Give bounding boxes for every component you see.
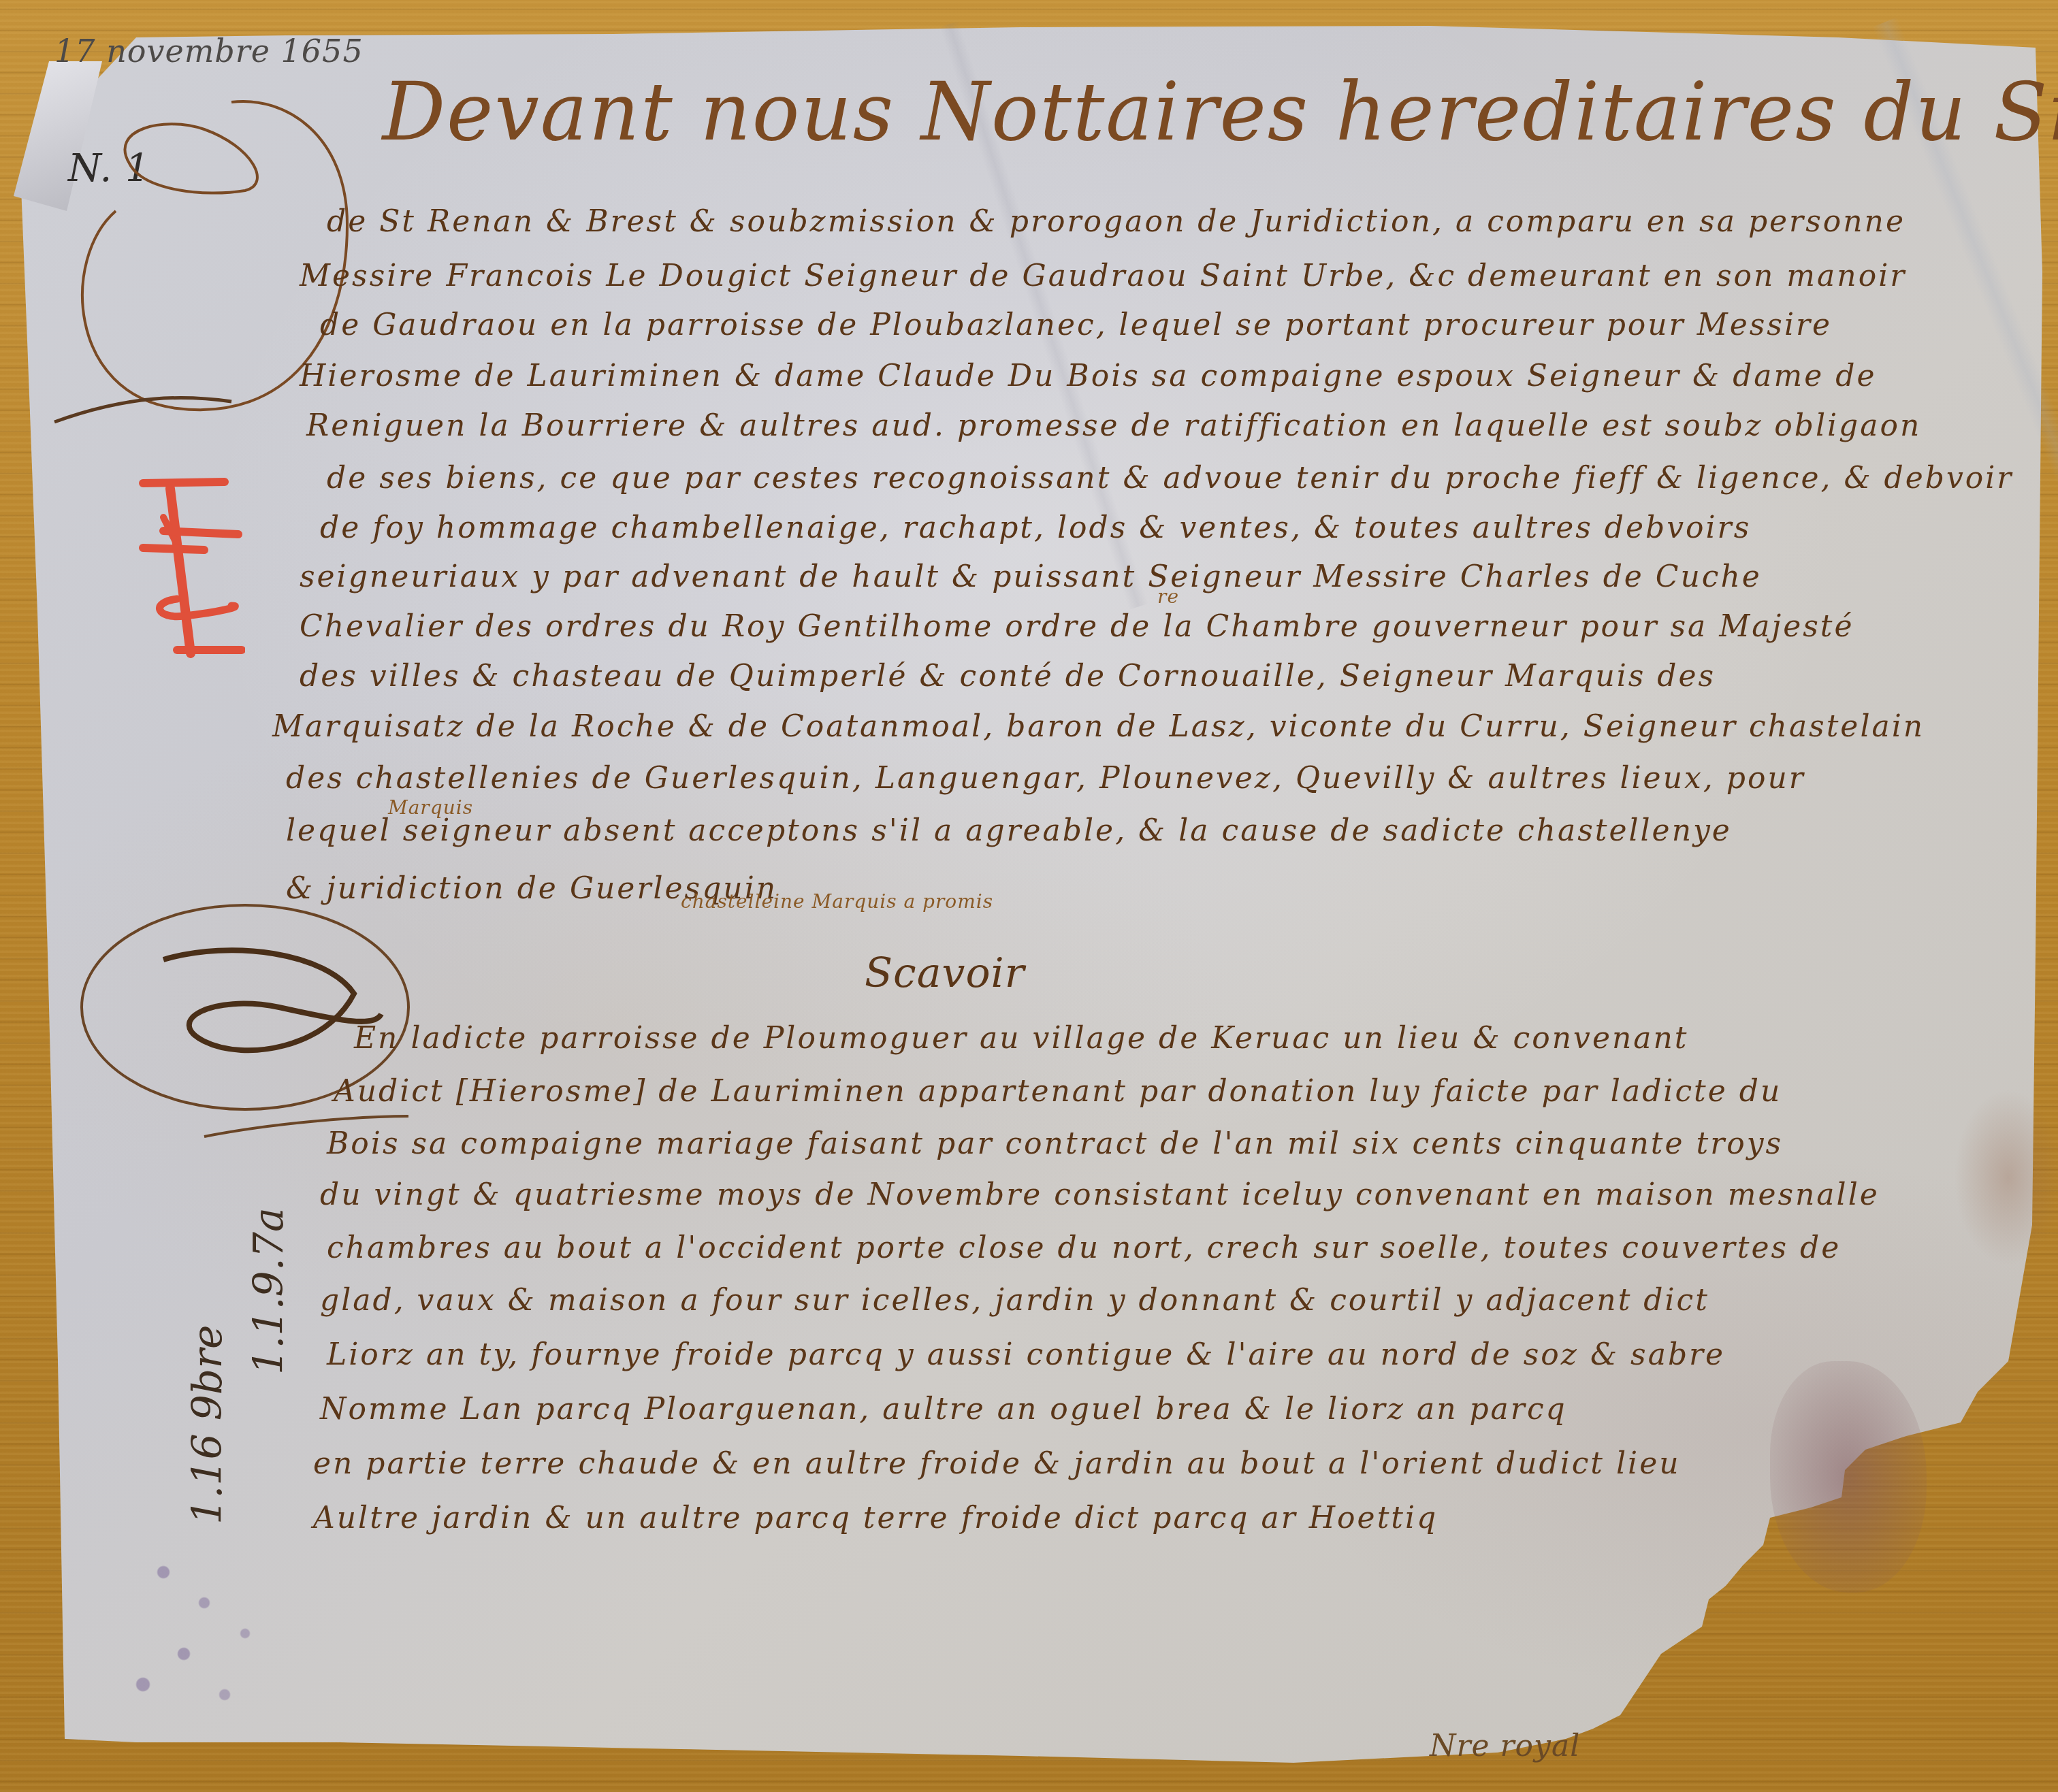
section-line-2: Audict [Hierosme] de Lauriminen apparten… [334, 1074, 1782, 1109]
foxing-spots [102, 1531, 306, 1736]
date-annotation: 17 novembre 1655 [54, 33, 364, 69]
section-line-7: Liorz an ty, fournye froide parcq y auss… [327, 1337, 1725, 1372]
interlinear-note-1: re [1157, 585, 1179, 608]
photo-stage: 17 novembre 1655 N. 1 Devant nous Nottai… [0, 0, 2058, 1792]
body-line-2: Messire Francois Le Dougict Seigneur de … [300, 259, 1906, 293]
body-line-8: seigneuriaux y par advenant de hault & p… [300, 559, 1762, 594]
body-line-9: Chevalier des ordres du Roy Gentilhome o… [300, 609, 1854, 644]
body-line-3: de Gaudraou en la parroisse de Ploubazla… [320, 308, 1832, 342]
water-stain-edge [1954, 1089, 2058, 1266]
section-line-8: Nomme Lan parcq Ploarguenan, aultre an o… [320, 1392, 1567, 1427]
notary-signature: Nre royal [1430, 1729, 1580, 1763]
margin-note-vertical-1: 1.16 9bre [184, 1325, 231, 1525]
body-line-1: de St Renan & Brest & soubzmission & pro… [327, 204, 1906, 239]
body-line-4: Hierosme de Lauriminen & dame Claude Du … [300, 359, 1877, 393]
section-line-4: du vingt & quatriesme moys de Novembre c… [320, 1177, 1880, 1212]
section-line-1: En ladicte parroisse de Ploumoguer au vi… [354, 1021, 1689, 1056]
body-line-6: de ses biens, ce que par cestes recognoi… [327, 461, 2013, 495]
interlinear-note-2: Marquis [388, 796, 473, 819]
margin-note-vertical-2: 1.1.9.7a [245, 1207, 293, 1375]
section-line-6: glad, vaux & maison a four sur icelles, … [320, 1283, 1709, 1318]
reference-number: N. 1 [68, 146, 150, 191]
body-line-10: des villes & chasteau de Quimperlé & con… [300, 659, 1716, 694]
body-line-12: des chastellenies de Guerlesquin, Langue… [286, 761, 1805, 796]
section-line-10: Aultre jardin & un aultre parcq terre fr… [313, 1501, 1438, 1535]
section-heading-scavoir: Scavoir [865, 949, 1025, 997]
section-line-9: en partie terre chaude & en aultre froid… [313, 1446, 1681, 1481]
document-title: Devant nous Nottaires hereditaires du Si… [382, 65, 2058, 159]
interlinear-note-3: chastelleine Marquis a promis [681, 890, 993, 913]
body-line-11: Marquisatz de la Roche & de Coatanmoal, … [272, 709, 1925, 744]
section-line-5: chambres au bout a l'occident porte clos… [327, 1231, 1841, 1265]
red-crayon-mark-icon [123, 470, 245, 660]
body-line-5: Reniguen la Bourriere & aultres aud. pro… [306, 408, 1921, 443]
body-line-13: lequel seigneur absent acceptons s'il a … [286, 813, 1732, 848]
water-stain [1770, 1361, 1927, 1593]
body-line-7: de foy hommage chambellenaige, rachapt, … [320, 510, 1751, 545]
section-line-3: Bois sa compaigne mariage faisant par co… [327, 1126, 1783, 1161]
